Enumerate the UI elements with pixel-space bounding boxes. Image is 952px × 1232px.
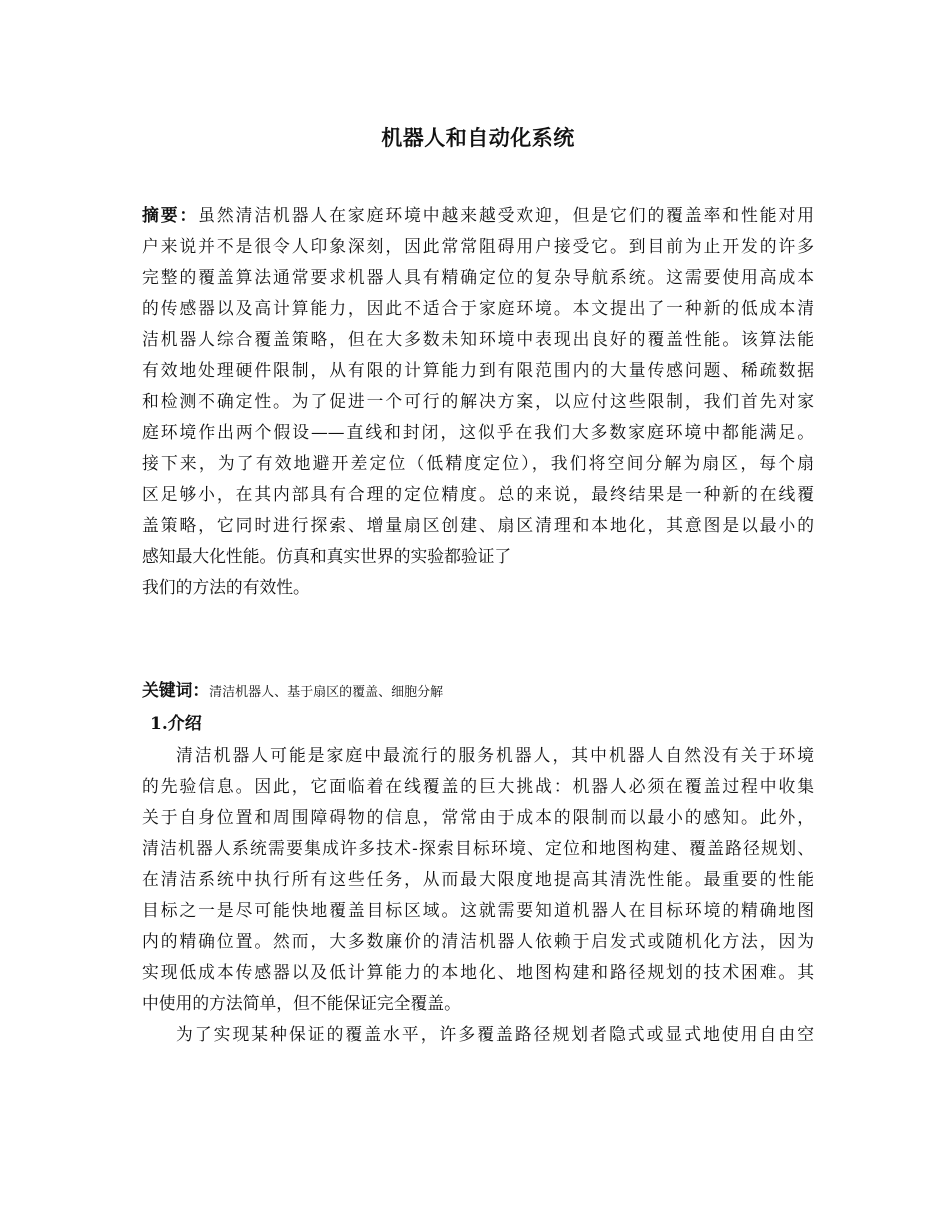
paragraph-line: 的先验信息。因此，它面临着在线覆盖的巨大挑战：机器人必须在覆盖过程中收集: [142, 771, 814, 802]
abstract-line: 盖策略，它同时进行探索、增量扇区创建、扇区清理和本地化，其意图是以最小的: [142, 510, 814, 541]
abstract-line: 的传感器以及高计算能力，因此不适合于家庭环境。本文提出了一种新的低成本清: [142, 293, 814, 324]
paragraph-line: 中使用的方法简单，但不能保证完全覆盖。: [142, 988, 814, 1019]
paragraph-line: 清洁机器人可能是家庭中最流行的服务机器人，其中机器人自然没有关于环境: [142, 740, 814, 771]
paragraph-line: 为了实现某种保证的覆盖水平，许多覆盖路径规划者隐式或显式地使用自由空: [142, 1019, 814, 1050]
keywords-text: 清洁机器人、基于扇区的覆盖、细胞分解: [209, 685, 443, 700]
abstract-line: 接下来，为了有效地避开差定位（低精度定位），我们将空间分解为扇区，每个扇: [142, 448, 814, 479]
section-heading-introduction: 1.介绍: [150, 711, 202, 737]
introduction-body: 清洁机器人可能是家庭中最流行的服务机器人，其中机器人自然没有关于环境 的先验信息…: [142, 740, 814, 1050]
abstract: 摘要：虽然清洁机器人在家庭环境中越来越受欢迎，但是它们的覆盖率和性能对用 户来说…: [142, 200, 814, 603]
paragraph-line: 在清洁系统中执行所有这些任务，从而最大限度地提高其清洗性能。最重要的性能: [142, 864, 814, 895]
abstract-line: 感知最大化性能。仿真和真实世界的实验都验证了: [142, 541, 814, 572]
paragraph-line: 关于自身位置和周围障碍物的信息，常常由于成本的限制而以最小的感知。此外，: [142, 802, 814, 833]
abstract-line: 和检测不确定性。为了促进一个可行的解决方案，以应付这些限制，我们首先对家: [142, 386, 814, 417]
section-number: 1.: [150, 714, 168, 734]
abstract-line: 洁机器人综合覆盖策略，但在大多数未知环境中表现出良好的覆盖性能。该算法能: [142, 324, 814, 355]
abstract-label: 摘要：: [142, 205, 198, 225]
abstract-line: 完整的覆盖算法通常要求机器人具有精确定位的复杂导航系统。这需要使用高成本: [142, 262, 814, 293]
abstract-line: 有效地处理硬件限制，从有限的计算能力到有限范围内的大量传感问题、稀疏数据: [142, 355, 814, 386]
abstract-line: 我们的方法的有效性。: [142, 572, 814, 603]
abstract-line: 区足够小，在其内部具有合理的定位精度。总的来说，最终结果是一种新的在线覆: [142, 479, 814, 510]
abstract-line: 庭环境作出两个假设——直线和封闭，这似乎在我们大多数家庭环境中都能满足。: [142, 417, 814, 448]
section-title: 介绍: [168, 714, 202, 734]
paper-title: 机器人和自动化系统: [142, 124, 814, 152]
abstract-line: 摘要：虽然清洁机器人在家庭环境中越来越受欢迎，但是它们的覆盖率和性能对用: [142, 200, 814, 231]
paragraph-line: 内的精确位置。然而，大多数廉价的清洁机器人依赖于启发式或随机化方法，因为: [142, 926, 814, 957]
paragraph-line: 清洁机器人系统需要集成许多技术-探索目标环境、定位和地图构建、覆盖路径规划、: [142, 833, 814, 864]
paragraph-line: 实现低成本传感器以及低计算能力的本地化、地图构建和路径规划的技术困难。其: [142, 957, 814, 988]
abstract-line: 户来说并不是很令人印象深刻，因此常常阻碍用户接受它。到目前为止开发的许多: [142, 231, 814, 262]
keywords-label: 关键词：: [142, 680, 209, 700]
keywords: 关键词：清洁机器人、基于扇区的覆盖、细胞分解: [142, 678, 443, 705]
paragraph-line: 目标之一是尽可能快地覆盖目标区域。这就需要知道机器人在目标环境的精确地图: [142, 895, 814, 926]
